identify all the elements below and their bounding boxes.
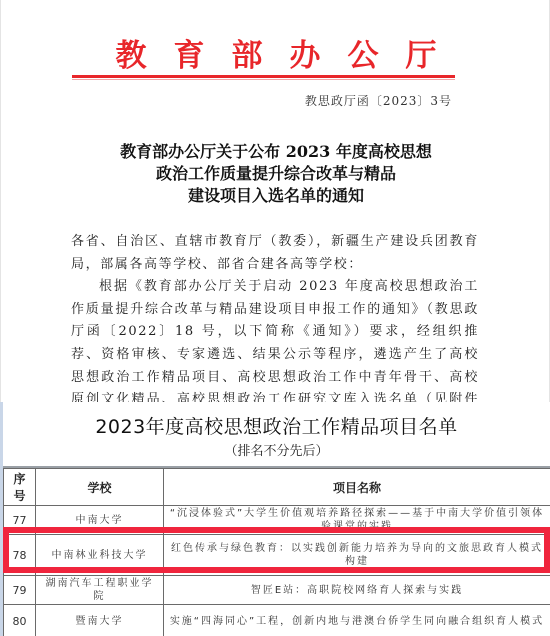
- row-index: 80: [4, 605, 36, 636]
- column-header-project: 项目名称: [164, 469, 550, 506]
- notice-title-line: 建设项目入选名单的通知: [1, 185, 550, 207]
- row-index: 79: [4, 576, 36, 605]
- notice-document: 教育部办公厅 教思政厅函〔2023〕3号 教育部办公厅关于公布 2023 年度高…: [0, 0, 550, 402]
- row-index: 77: [4, 506, 36, 535]
- table-row-highlighted: 78 中南林业科技大学 红色传承与绿色教育：以实践创新能力培养为导向的文旅思政育…: [4, 535, 550, 576]
- table-row: 77 中南大学 “沉浸体验式”大学生价值观培养路径探索——基于中南大学价值引领体…: [4, 506, 550, 535]
- letterhead-issuer: 教育部办公厅: [1, 30, 550, 75]
- row-school: 暨南大学: [36, 605, 164, 636]
- project-list-excerpt: 2023年度高校思想政治工作精品项目名单 （排名不分先后） 序号 学校 项目名称…: [0, 402, 550, 636]
- addressee: 各省、自治区、直辖市教育厅（教委），新疆生产建设兵团教育局，部属各高等学校、部省…: [71, 231, 479, 276]
- row-project: 实施“四海同心”工程，创新内地与港澳台侨学生同向融合组织育人模式: [164, 605, 550, 636]
- document-number: 教思政厅函〔2023〕3号: [305, 92, 452, 109]
- notice-title: 教育部办公厅关于公布 2023 年度高校思想 政治工作质量提升综合改革与精品 建…: [1, 141, 550, 207]
- row-project: 智匠E站：高职院校网络育人探索与实践: [164, 576, 550, 605]
- project-table: 序号 学校 项目名称 77 中南大学 “沉浸体验式”大学生价值观培养路径探索——…: [3, 468, 550, 636]
- column-header-index: 序号: [4, 469, 36, 506]
- table-header-row: 序号 学校 项目名称: [4, 469, 550, 506]
- table-row: 80 暨南大学 实施“四海同心”工程，创新内地与港澳台侨学生同向融合组织育人模式: [4, 605, 550, 636]
- row-index: 78: [4, 535, 36, 576]
- notice-title-line: 政治工作质量提升综合改革与精品: [1, 163, 550, 185]
- table-row: 79 湖南汽车工程职业学院 智匠E站：高职院校网络育人探索与实践: [4, 576, 550, 605]
- row-project: “沉浸体验式”大学生价值观培养路径探索——基于中南大学价值引领体验课堂的实践: [164, 506, 550, 535]
- row-school: 湖南汽车工程职业学院: [36, 576, 164, 605]
- row-school: 中南林业科技大学: [36, 535, 164, 576]
- notice-title-line: 教育部办公厅关于公布 2023 年度高校思想: [1, 141, 550, 163]
- row-project: 红色传承与绿色教育：以实践创新能力培养为导向的文旅思政育人模式构建: [164, 535, 550, 576]
- letterhead-rule: [72, 75, 455, 78]
- letterhead-rule-shadow: [72, 79, 455, 80]
- column-header-school: 学校: [36, 469, 164, 506]
- list-title: 2023年度高校思想政治工作精品项目名单: [3, 412, 550, 439]
- row-school: 中南大学: [36, 506, 164, 535]
- list-subtitle: （排名不分先后）: [3, 440, 550, 459]
